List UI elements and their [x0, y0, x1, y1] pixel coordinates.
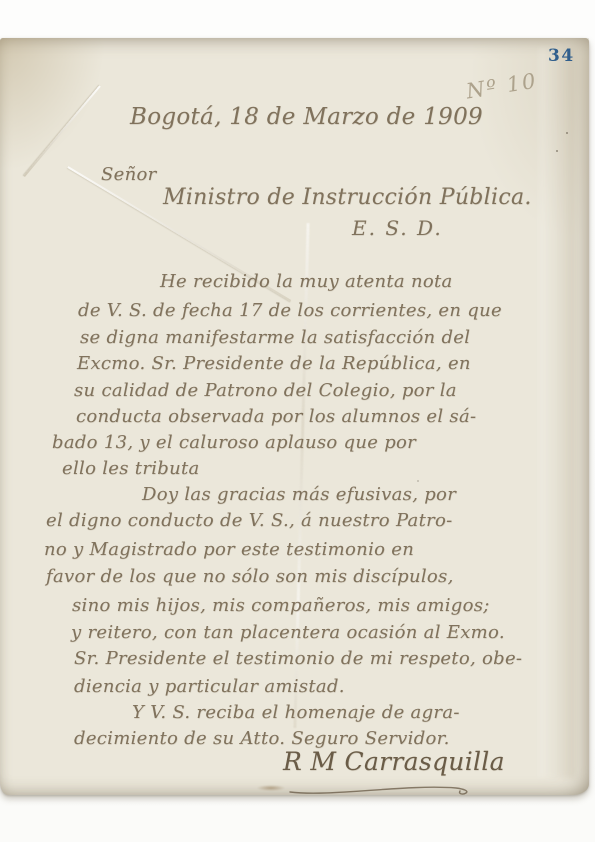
body-line: Doy las gracias más efusivas, por — [142, 483, 456, 507]
body-line: favor de los que no sólo son mis discípu… — [46, 565, 454, 589]
body-line: y reitero, con tan placentera ocasión al… — [71, 621, 505, 645]
body-line: no y Magistrado por este testimonio en — [44, 538, 414, 562]
signature-underline-flourish — [286, 782, 476, 798]
body-line: Y V. S. reciba el homenaje de agra- — [132, 701, 460, 725]
body-line: Excmo. Sr. Presidente de la República, e… — [77, 352, 471, 376]
body-line: se digna manifestarme la satisfacción de… — [80, 326, 470, 350]
body-line: el digno conducto de V. S., á nuestro Pa… — [46, 509, 453, 533]
ink-stain — [252, 784, 290, 792]
addressee: Ministro de Instrucción Pública. — [163, 186, 532, 210]
letter-page: 34 Nº 10 Bogotá, 18 de Marzo de 1909 Señ… — [0, 38, 589, 795]
folio-number-stamp: 34 — [548, 46, 575, 66]
paper-corner-shading — [0, 38, 150, 228]
pencil-annotation: Nº 10 — [465, 69, 540, 104]
salutation: Señor — [101, 163, 157, 187]
body-line: bado 13, y el caluroso aplauso que por — [52, 431, 416, 455]
body-line: He recibido la muy atenta nota — [160, 270, 453, 294]
body-line: sino mis hijos, mis compañeros, mis amig… — [72, 594, 490, 618]
addressee-courtesy-abbreviation: E. S. D. — [352, 216, 443, 240]
scanner-background: 34 Nº 10 Bogotá, 18 de Marzo de 1909 Señ… — [0, 0, 595, 842]
body-line: de V. S. de fecha 17 de los corrientes, … — [78, 299, 502, 323]
paper-speck — [556, 150, 558, 152]
body-line: conducta observada por los alumnos el sá… — [76, 405, 476, 429]
paper-speck — [566, 132, 568, 134]
body-line: ello les tributa — [62, 457, 200, 481]
dateline: Bogotá, 18 de Marzo de 1909 — [130, 105, 483, 129]
paper-edge-shading — [539, 48, 575, 778]
body-line: Sr. Presidente el testimonio de mi respe… — [74, 647, 522, 671]
body-line: su calidad de Patrono del Colegio, por l… — [74, 379, 457, 403]
signature: R M Carrasquilla — [283, 750, 505, 774]
body-line: diencia y particular amistad. — [74, 675, 345, 699]
paper-crease — [23, 85, 100, 177]
paper-speck — [417, 480, 419, 482]
